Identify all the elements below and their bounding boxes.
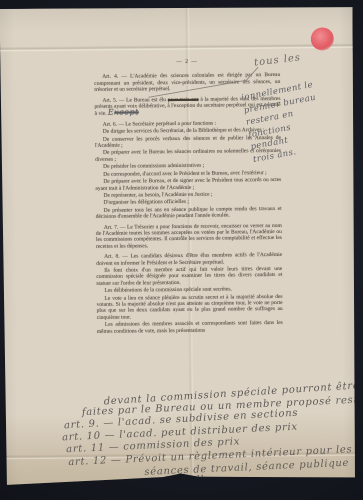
typed-paragraph-art8-choice: Ils font choix d'un membre actif qui fai… — [96, 266, 282, 287]
typed-paragraph-art6-item-9: De présenter tous les ans en séance publ… — [96, 206, 282, 221]
photo-scene: — 2 — Art. 4. — L'Académie des sciences … — [0, 0, 363, 500]
red-wax-seal-dot — [311, 27, 334, 50]
typed-paragraph-art8-admissions: Les admissions des membres associés et c… — [97, 320, 283, 335]
document-paper-sheet: — 2 — Art. 4. — L'Académie des sciences … — [0, 5, 357, 487]
typed-paragraph-art6-item-6: De préparer avec le Bureau, et de signer… — [95, 177, 281, 192]
typed-paragraph-art7: Art. 7. — Le Trésorier a pour fonctions … — [96, 222, 282, 250]
handwritten-art12-note-line-3: solennelle. — [152, 474, 215, 487]
typed-paragraph-art8-vote: Le vote a lieu en séance plénière au scr… — [97, 294, 283, 322]
photograph-of-document: { "scene": { "background_color": "#171a2… — [0, 0, 363, 500]
typed-paragraph-art8: Art. 8. — Les candidats désireux d'être … — [96, 252, 282, 267]
page-number: — 2 — — [94, 58, 280, 66]
horizontal-fold-crease — [0, 43, 353, 52]
art5-inline-handwritten-annotation: Except — [108, 108, 139, 117]
art5-struck-duration: pour trois ans — [168, 96, 199, 102]
inline-annotation-struck-word: xcept — [114, 108, 139, 117]
